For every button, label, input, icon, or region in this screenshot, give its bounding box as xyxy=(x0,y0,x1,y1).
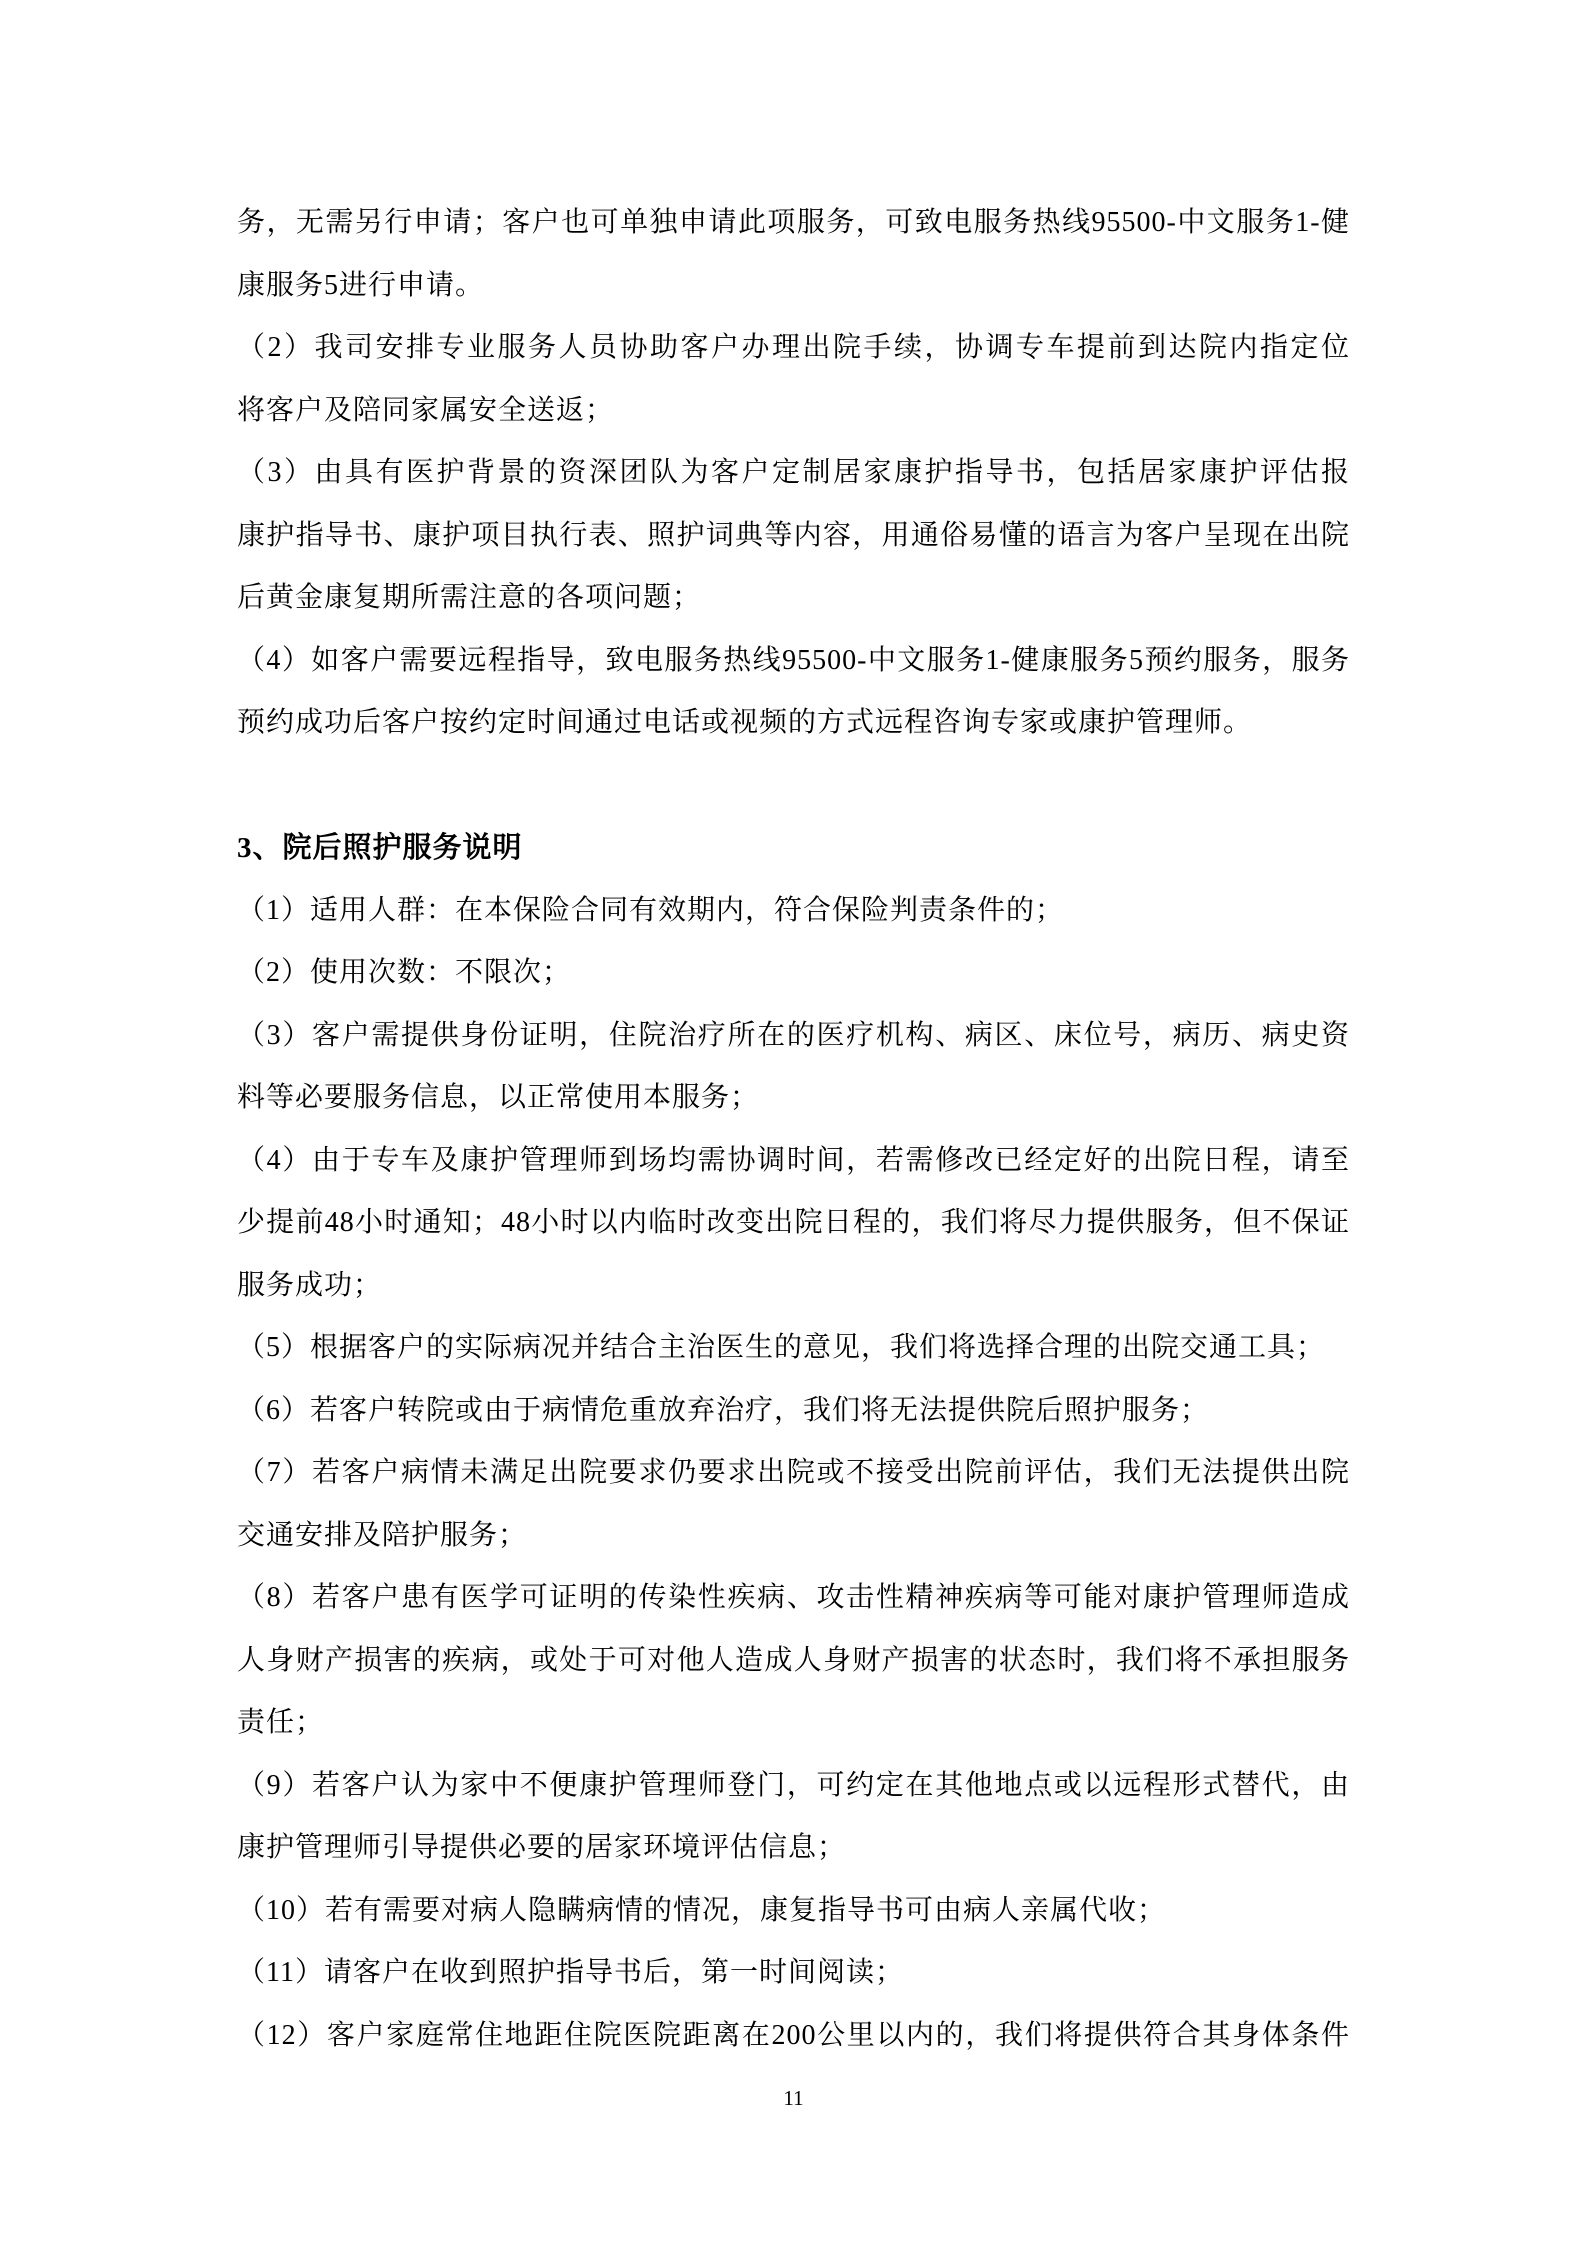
section-heading: 3、院后照护服务说明 xyxy=(237,817,1350,880)
text-line: （4）由于专车及康护管理师到场均需协调时间，若需修改已经定好的出院日程，请至 xyxy=(237,1130,1350,1193)
text-line: 后黄金康复期所需注意的各项问题； xyxy=(237,567,1350,630)
text-line: 人身财产损害的疾病，或处于可对他人造成人身财产损害的状态时，我们将不承担服务 xyxy=(237,1630,1350,1693)
text-line: 交通安排及陪护服务； xyxy=(237,1505,1350,1568)
text-line: （10）若有需要对病人隐瞒病情的情况，康复指导书可由病人亲属代收； xyxy=(237,1880,1350,1943)
page-number: 11 xyxy=(237,2067,1350,2130)
text-line: 康服务5进行申请。 xyxy=(237,255,1350,318)
text-line: （3）由具有医护背景的资深团队为客户定制居家康护指导书，包括居家康护评估报告、 xyxy=(237,442,1350,505)
text-line: 务，无需另行申请；客户也可单独申请此项服务，可致电服务热线95500-中文服务1… xyxy=(237,192,1350,255)
text-line: 责任； xyxy=(237,1692,1350,1755)
text-line: 料等必要服务信息，以正常使用本服务； xyxy=(237,1067,1350,1130)
text-line: （3）客户需提供身份证明，住院治疗所在的医疗机构、病区、床位号，病历、病史资 xyxy=(237,1005,1350,1068)
text-line: （2）我司安排专业服务人员协助客户办理出院手续，协调专车提前到达院内指定位置， xyxy=(237,317,1350,380)
text-line: 预约成功后客户按约定时间通过电话或视频的方式远程咨询专家或康护管理师。 xyxy=(237,692,1350,755)
blank-line xyxy=(237,755,1350,818)
text-line: （4）如客户需要远程指导，致电服务热线95500-中文服务1-健康服务5预约服务… xyxy=(237,630,1350,693)
text-line: （2）使用次数：不限次； xyxy=(237,942,1350,1005)
text-line: 服务成功； xyxy=(237,1255,1350,1318)
text-line: 少提前48小时通知；48小时以内临时改变出院日程的，我们将尽力提供服务，但不保证 xyxy=(237,1192,1350,1255)
text-line: （8）若客户患有医学可证明的传染性疾病、攻击性精神疾病等可能对康护管理师造成 xyxy=(237,1567,1350,1630)
text-line: （5）根据客户的实际病况并结合主治医生的意见，我们将选择合理的出院交通工具； xyxy=(237,1317,1350,1380)
text-line: （11）请客户在收到照护指导书后，第一时间阅读； xyxy=(237,1942,1350,2005)
text-line: （9）若客户认为家中不便康护管理师登门，可约定在其他地点或以远程形式替代，由 xyxy=(237,1755,1350,1818)
text-line: （12）客户家庭常住地距住院医院距离在200公里以内的，我们将提供符合其身体条件 xyxy=(237,2005,1350,2068)
text-line: 康护管理师引导提供必要的居家环境评估信息； xyxy=(237,1817,1350,1880)
text-line: 康护指导书、康护项目执行表、照护词典等内容，用通俗易懂的语言为客户呈现在出院 xyxy=(237,505,1350,568)
text-line: （1）适用人群：在本保险合同有效期内，符合保险判责条件的； xyxy=(237,880,1350,943)
document-body: 务，无需另行申请；客户也可单独申请此项服务，可致电服务热线95500-中文服务1… xyxy=(237,192,1350,2067)
text-line: 将客户及陪同家属安全送返； xyxy=(237,380,1350,443)
text-line: （6）若客户转院或由于病情危重放弃治疗，我们将无法提供院后照护服务； xyxy=(237,1380,1350,1443)
text-line: （7）若客户病情未满足出院要求仍要求出院或不接受出院前评估，我们无法提供出院 xyxy=(237,1442,1350,1505)
document-page: 务，无需另行申请；客户也可单独申请此项服务，可致电服务热线95500-中文服务1… xyxy=(0,0,1587,2245)
